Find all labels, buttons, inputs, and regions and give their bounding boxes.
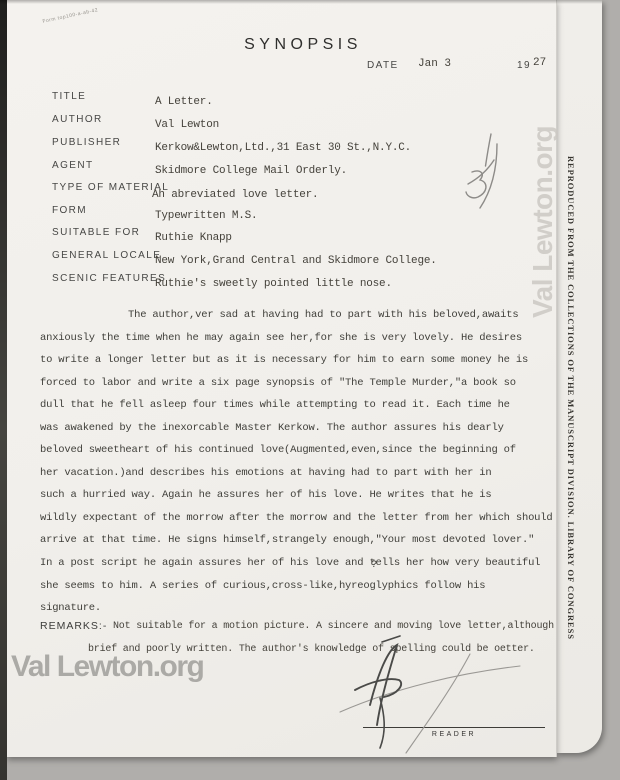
body-line: her vacation.)and describes his emotions…	[40, 462, 556, 485]
field-value: Val Lewton	[155, 119, 219, 131]
field-value: Kerkow&Lewton,Ltd.,31 East 30 St.,N.Y.C.	[155, 142, 411, 154]
body-line: The author,ver sad at having had to part…	[40, 304, 556, 327]
body-line: forced to labor and write a six page syn…	[40, 372, 556, 395]
field-label: TITLE	[52, 91, 86, 102]
body-line: to write a longer letter but as it is ne…	[40, 349, 556, 372]
field-value: Ruthie's sweetly pointed little nose.	[155, 278, 392, 290]
field-row-suitable-for: SUITABLE FOR Ruthie Knapp	[0, 227, 556, 247]
field-label: AGENT	[52, 160, 93, 171]
date-label: DATE	[367, 60, 399, 71]
body-line: signature.	[40, 597, 556, 620]
reader-signature	[320, 628, 555, 763]
field-row-scenic-features: SCENIC FEATURES Ruthie's sweetly pointed…	[0, 273, 556, 293]
body-line: wildly expectant of the morrow after the…	[40, 507, 556, 530]
bottom-watermark: Val Lewton.org	[11, 650, 203, 684]
body-line: dull that he fell asleep four times whil…	[40, 394, 556, 417]
body-line: anxiously the time when he may again see…	[40, 327, 556, 350]
field-value: Typewritten M.S.	[155, 210, 257, 222]
handwritten-one-third-mark	[458, 126, 510, 214]
field-value: Skidmore College Mail Orderly.	[155, 165, 347, 177]
library-of-congress-stamp: REPRODUCED FROM THE COLLECTIONS OF THE M…	[566, 156, 576, 648]
remarks-label: REMARKS:-	[40, 620, 107, 632]
field-row-general-locale: GENERAL LOCALE New York,Grand Central an…	[0, 250, 556, 270]
body-line: she seems to him. A series of curious,cr…	[40, 575, 556, 598]
scan-top-shadow	[0, 0, 602, 4]
field-value: Ruthie Knapp	[155, 232, 232, 244]
field-value: A Letter.	[155, 96, 213, 108]
body-line: beloved sweetheart of his continued love…	[40, 439, 556, 462]
body-line: such a hurried way. Again he assures her…	[40, 484, 556, 507]
body-line: was awakened by the inexorcable Master K…	[40, 417, 556, 440]
body-line: In a post script he again assures her of…	[40, 552, 556, 575]
field-row-title: TITLE A Letter.	[0, 91, 556, 111]
year-prefix: 19	[517, 60, 531, 71]
field-label: FORM	[52, 205, 87, 216]
date-value: Jan 3	[418, 58, 451, 70]
field-label: SCENIC FEATURES	[52, 273, 166, 284]
field-label: PUBLISHER	[52, 137, 121, 148]
year-value: 27	[533, 57, 546, 69]
synopsis-body: The author,ver sad at having had to part…	[40, 304, 556, 620]
field-value: New York,Grand Central and Skidmore Coll…	[155, 255, 437, 267]
typed-question-mark-annotation: ?	[371, 559, 377, 571]
field-label: SUITABLE FOR	[52, 227, 140, 238]
field-value: Ah abreviated love letter.	[152, 189, 318, 201]
field-label: AUTHOR	[52, 114, 103, 125]
body-line: arrive at that time. He signs himself,st…	[40, 529, 556, 552]
field-label: GENERAL LOCALE	[52, 250, 161, 261]
page-title: SYNOPSIS	[150, 36, 456, 54]
backing-sheet	[556, 0, 602, 753]
